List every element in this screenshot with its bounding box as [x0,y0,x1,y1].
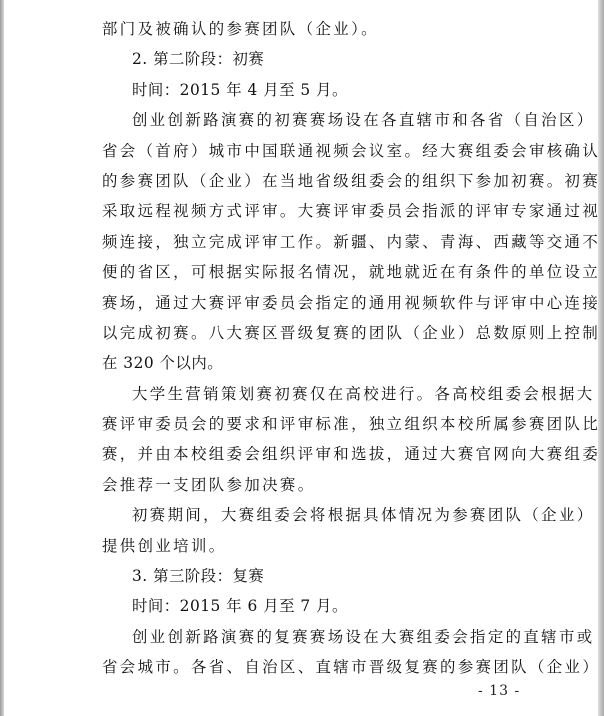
document-page: 部门及被确认的参赛团队（企业）。 2. 第二阶段：初赛 时间：2015 年 4 … [102,14,520,683]
paragraph-line: 的参赛团队（企业）在当地省级组委会的组织下参加初赛。初赛 [102,166,520,196]
paragraph-line: 创业创新路演赛的初赛赛场设在各直辖市和各省（自治区） [102,105,520,135]
paragraph-line: 赛场，通过大赛评审委员会指定的通用视频软件与评审中心连接 [102,288,520,318]
section-heading-stage-2: 2. 第二阶段：初赛 [102,44,520,74]
paragraph-line: 频连接，独立完成评审工作。新疆、内蒙、青海、西藏等交通不 [102,227,520,257]
stage-3-time: 时间：2015 年 6 月至 7 月。 [102,591,520,621]
paragraph-line: 在 320 个以内。 [102,348,520,378]
paragraph-line: 省会（首府）城市中国联通视频会议室。经大赛组委会审核确认 [102,136,520,166]
page-right-edge [598,0,604,716]
paragraph-line: 赛评审委员会的要求和评审标准，独立组织本校所属参赛团队比 [102,409,520,439]
paragraph-line: 部门及被确认的参赛团队（企业）。 [102,14,520,44]
section-heading-stage-3: 3. 第三阶段：复赛 [102,561,520,591]
page-left-edge [0,0,4,716]
paragraph-line: 省会城市。各省、自治区、直辖市晋级复赛的参赛团队（企业） [102,652,520,682]
page-number: - 13 - [478,683,520,699]
paragraph-line: 便的省区，可根据实际报名情况，就地就近在有条件的单位设立 [102,257,520,287]
stage-2-time: 时间：2015 年 4 月至 5 月。 [102,75,520,105]
paragraph-line: 提供创业培训。 [102,531,520,561]
paragraph-line: 初赛期间，大赛组委会将根据具体情况为参赛团队（企业） [102,500,520,530]
paragraph-line: 大学生营销策划赛初赛仅在高校进行。各高校组委会根据大 [102,379,520,409]
paragraph-line: 采取远程视频方式评审。大赛评审委员会指派的评审专家通过视 [102,196,520,226]
paragraph-line: 会推荐一支团队参加决赛。 [102,470,520,500]
paragraph-line: 创业创新路演赛的复赛赛场设在大赛组委会指定的直辖市或 [102,622,520,652]
paragraph-line: 以完成初赛。八大赛区晋级复赛的团队（企业）总数原则上控制 [102,318,520,348]
paragraph-line: 赛，并由本校组委会组织评审和选拔，通过大赛官网向大赛组委 [102,439,520,469]
